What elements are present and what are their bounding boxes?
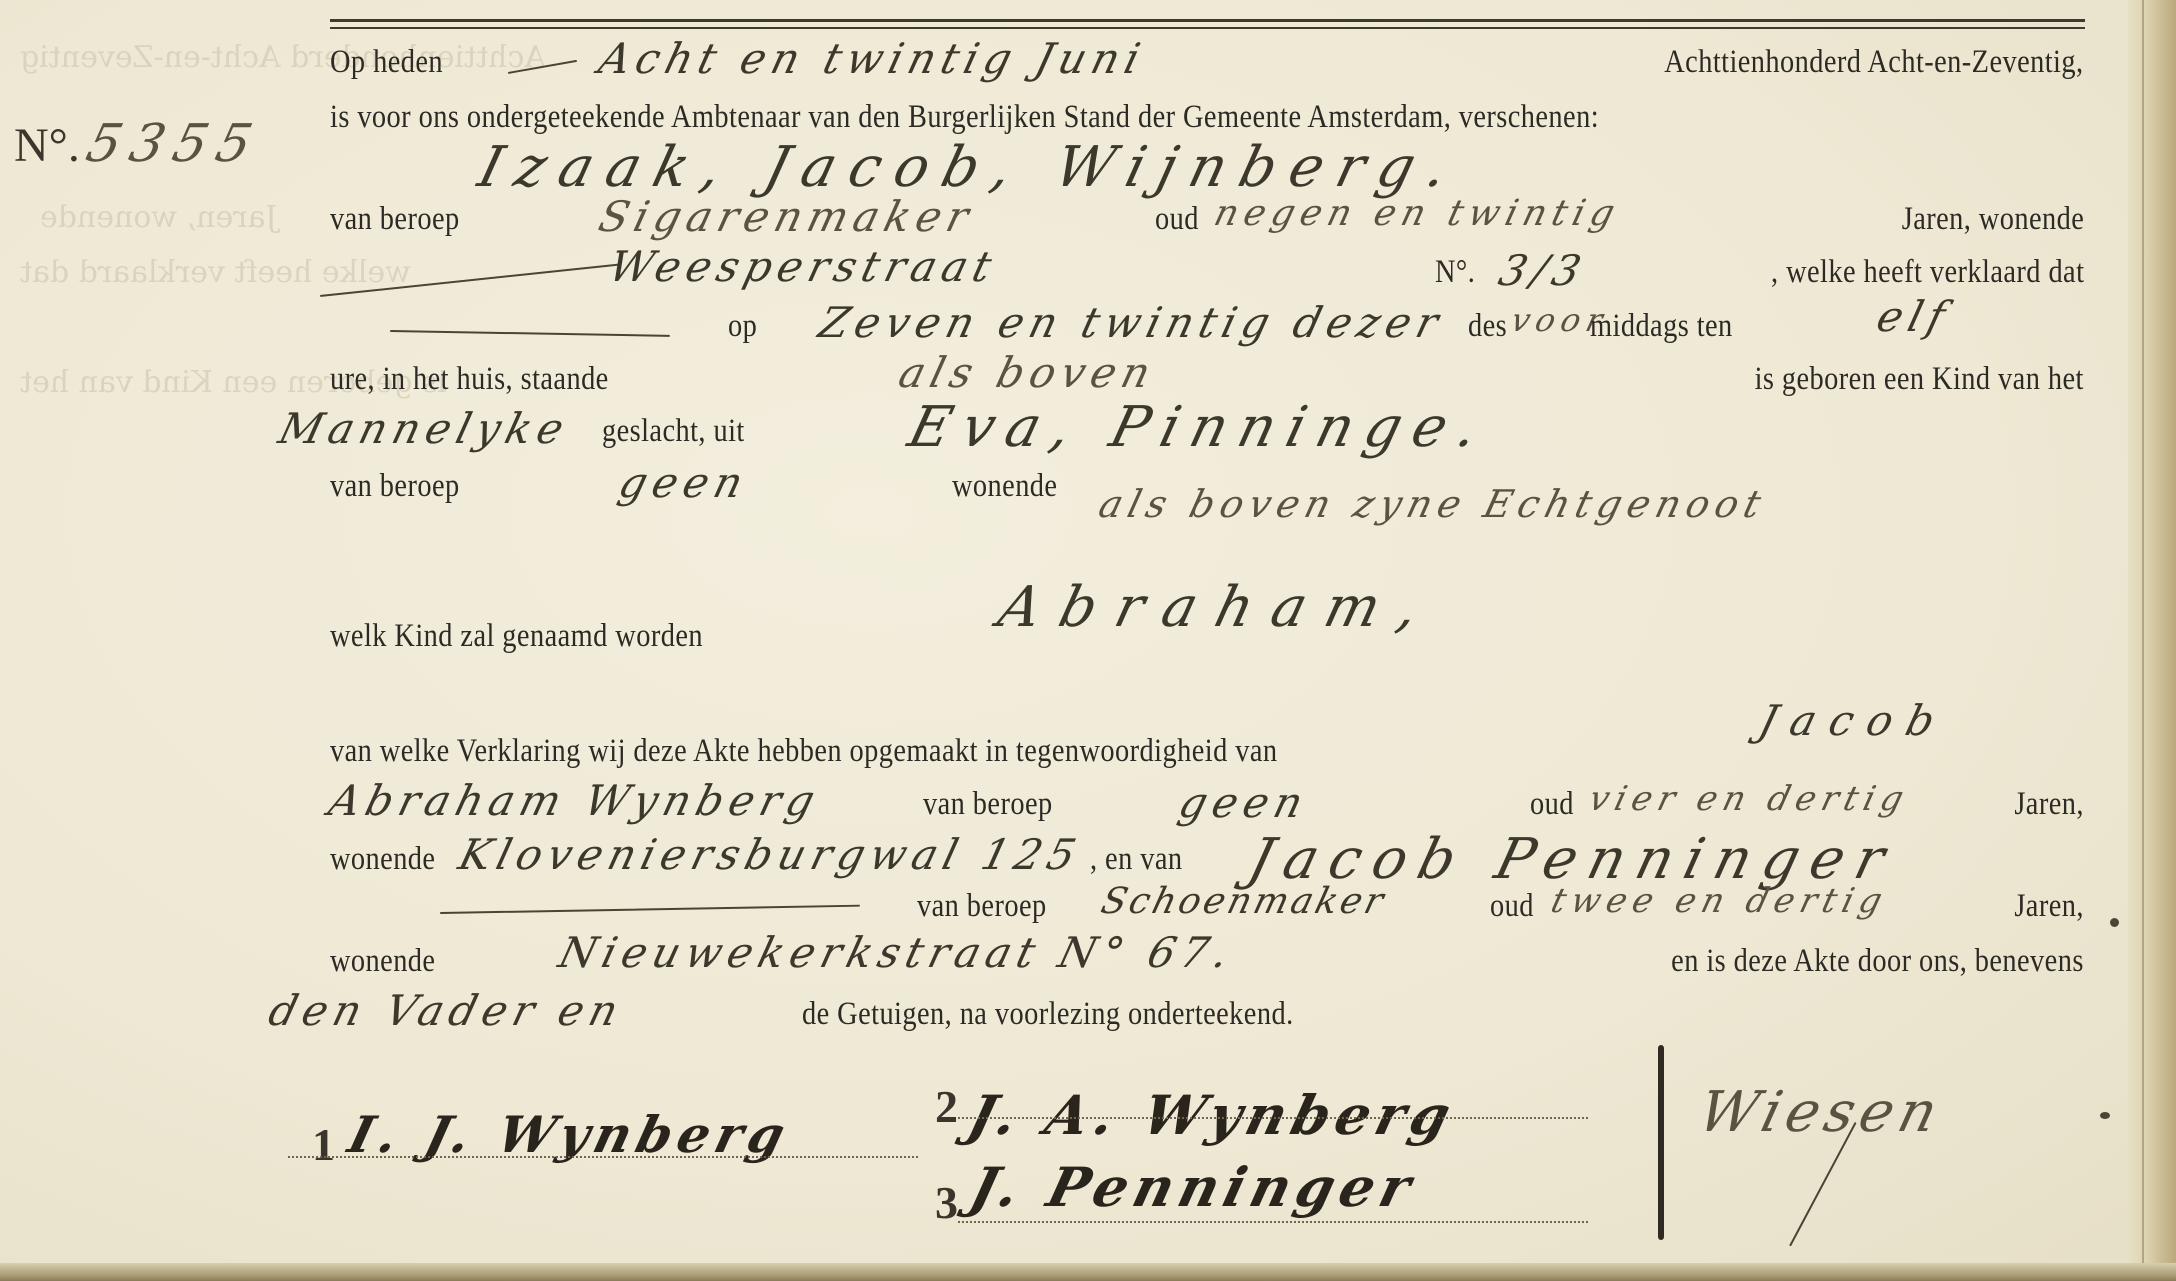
printed-op-heden: Op heden [330, 46, 443, 79]
official-signature: Wiesen [1693, 1085, 1949, 1141]
signature-3: J. Penninger [965, 1160, 1422, 1214]
top-rule [330, 19, 2085, 22]
printed-van-beroep-4: van beroep [917, 890, 1047, 923]
hand-witness2-occupation: Schoenmaker [1098, 884, 1390, 920]
hand-declarant-street: Weesperstraat [605, 246, 1002, 288]
hand-declarant-age: negen en twintig [1211, 196, 1624, 232]
hand-mother-name: Eva, Pinninge. [903, 400, 1495, 456]
hand-birth-hour: elf [1873, 296, 1955, 338]
printed-en-is-deze: en is deze Akte door ons, benevens [1671, 945, 2084, 978]
bleed-through-text: Achttienhonderd Acht-en-Zeventig [20, 40, 546, 75]
signature-number-2: 2 [935, 1080, 958, 1133]
hand-birth-day: Zeven en twintig dezer [815, 302, 1448, 344]
hand-house-number: 3/3 [1495, 250, 1591, 292]
hand-birth-house: als boven [895, 352, 1161, 394]
printed-genaamd: welk Kind zal genaamd worden [330, 620, 703, 653]
printed-verklaring: van welke Verklaring wij deze Akte hebbe… [330, 735, 1277, 768]
hand-witness1-occupation: geen [1175, 782, 1313, 824]
printed-van-beroep: van beroep [330, 203, 460, 236]
printed-jaren-3: Jaren, [2014, 788, 2084, 821]
hand-witness1-first: Jacob [1755, 700, 1953, 742]
signature-line-3 [958, 1221, 1588, 1223]
hand-mother-residence: als boven zyne Echtgenoot [1095, 485, 1770, 523]
record-number-prefix: N°. [14, 118, 80, 173]
printed-jaren-4: Jaren, [2014, 890, 2084, 923]
printed-ure-staande: ure, in het huis, staande [330, 363, 609, 396]
hand-witness2-age: twee en dertig [1548, 884, 1892, 918]
printed-wonende-2: wonende [952, 470, 1057, 503]
signature-number-1: 1 [312, 1118, 335, 1171]
bleed-through-text: welke heeft verklaard dat [20, 255, 411, 290]
hand-father-prefix: den Vader en [265, 990, 628, 1032]
hand-witness1-rest: Abraham Wynberg [325, 780, 825, 822]
printed-getuigen: de Getuigen, na voorlezing onderteekend. [802, 998, 1294, 1031]
signature-number-3: 3 [935, 1176, 958, 1229]
hand-witness2-name: Jacob Penninger [1243, 832, 1902, 888]
printed-oud-4: oud [1490, 890, 1534, 923]
page-edge-bottom [0, 1263, 2176, 1281]
signature-line-1 [288, 1156, 918, 1158]
hand-date: Acht en twintig Juni [595, 38, 1150, 80]
hand-child-name: Abraham, [993, 580, 1444, 636]
hand-witness2-address: Nieuwekerkstraat N° 67. [555, 932, 1239, 974]
hand-witness1-address: Kloveniersburgwal 125 [455, 834, 1086, 876]
record-number: 5355 [82, 118, 267, 170]
ink-dot [2110, 918, 2119, 927]
printed-des: des [1468, 310, 1507, 343]
hand-declarant-name: Izaak, Jacob, Wijnberg. [473, 140, 1467, 196]
page-edge-right [2128, 0, 2176, 1281]
signature-2: J. A. Wynberg [963, 1088, 1461, 1142]
printed-op: op [728, 310, 757, 343]
signature-line-2 [958, 1117, 1588, 1119]
hand-witness1-age: vier en dertig [1586, 782, 1913, 816]
hand-mother-occupation: geen [615, 462, 753, 504]
ink-dot [2100, 1112, 2110, 1119]
printed-middags-ten: middags ten [1590, 310, 1733, 343]
printed-wonende-4: wonende [330, 945, 435, 978]
top-rule [330, 27, 2085, 29]
hand-declarant-occupation: Sigarenmaker [595, 196, 979, 238]
bleed-through-text: Jaren, wonende [40, 200, 278, 235]
printed-jaren-wonende: Jaren, wonende [1901, 203, 2084, 236]
signature-brace [1658, 1045, 1664, 1240]
signature-1: I. J. Wynberg [344, 1110, 796, 1160]
printed-no-label: N°. [1435, 256, 1475, 289]
printed-wonende-3: wonende [330, 843, 435, 876]
printed-oud: oud [1155, 203, 1199, 236]
printed-welke-heeft: , welke heeft verklaard dat [1771, 256, 2084, 289]
printed-geslacht-uit: geslacht, uit [602, 415, 745, 448]
printed-is-geboren: is geboren een Kind van het [1755, 363, 2084, 396]
printed-year: Achttienhonderd Acht-en-Zeventig, [1665, 46, 2084, 79]
printed-oud-3: oud [1530, 788, 1574, 821]
printed-van-beroep-3: van beroep [923, 788, 1053, 821]
printed-van-beroep-2: van beroep [330, 470, 460, 503]
printed-appearance-line: is voor ons ondergeteekende Ambtenaar va… [330, 101, 1599, 134]
register-page: Achttienhonderd Acht-en-Zeventig Jaren, … [0, 0, 2176, 1281]
printed-en-van: , en van [1090, 843, 1182, 876]
hand-sex: Mannelyke [275, 408, 574, 450]
fill-stroke [390, 330, 670, 337]
fill-stroke [440, 905, 860, 914]
